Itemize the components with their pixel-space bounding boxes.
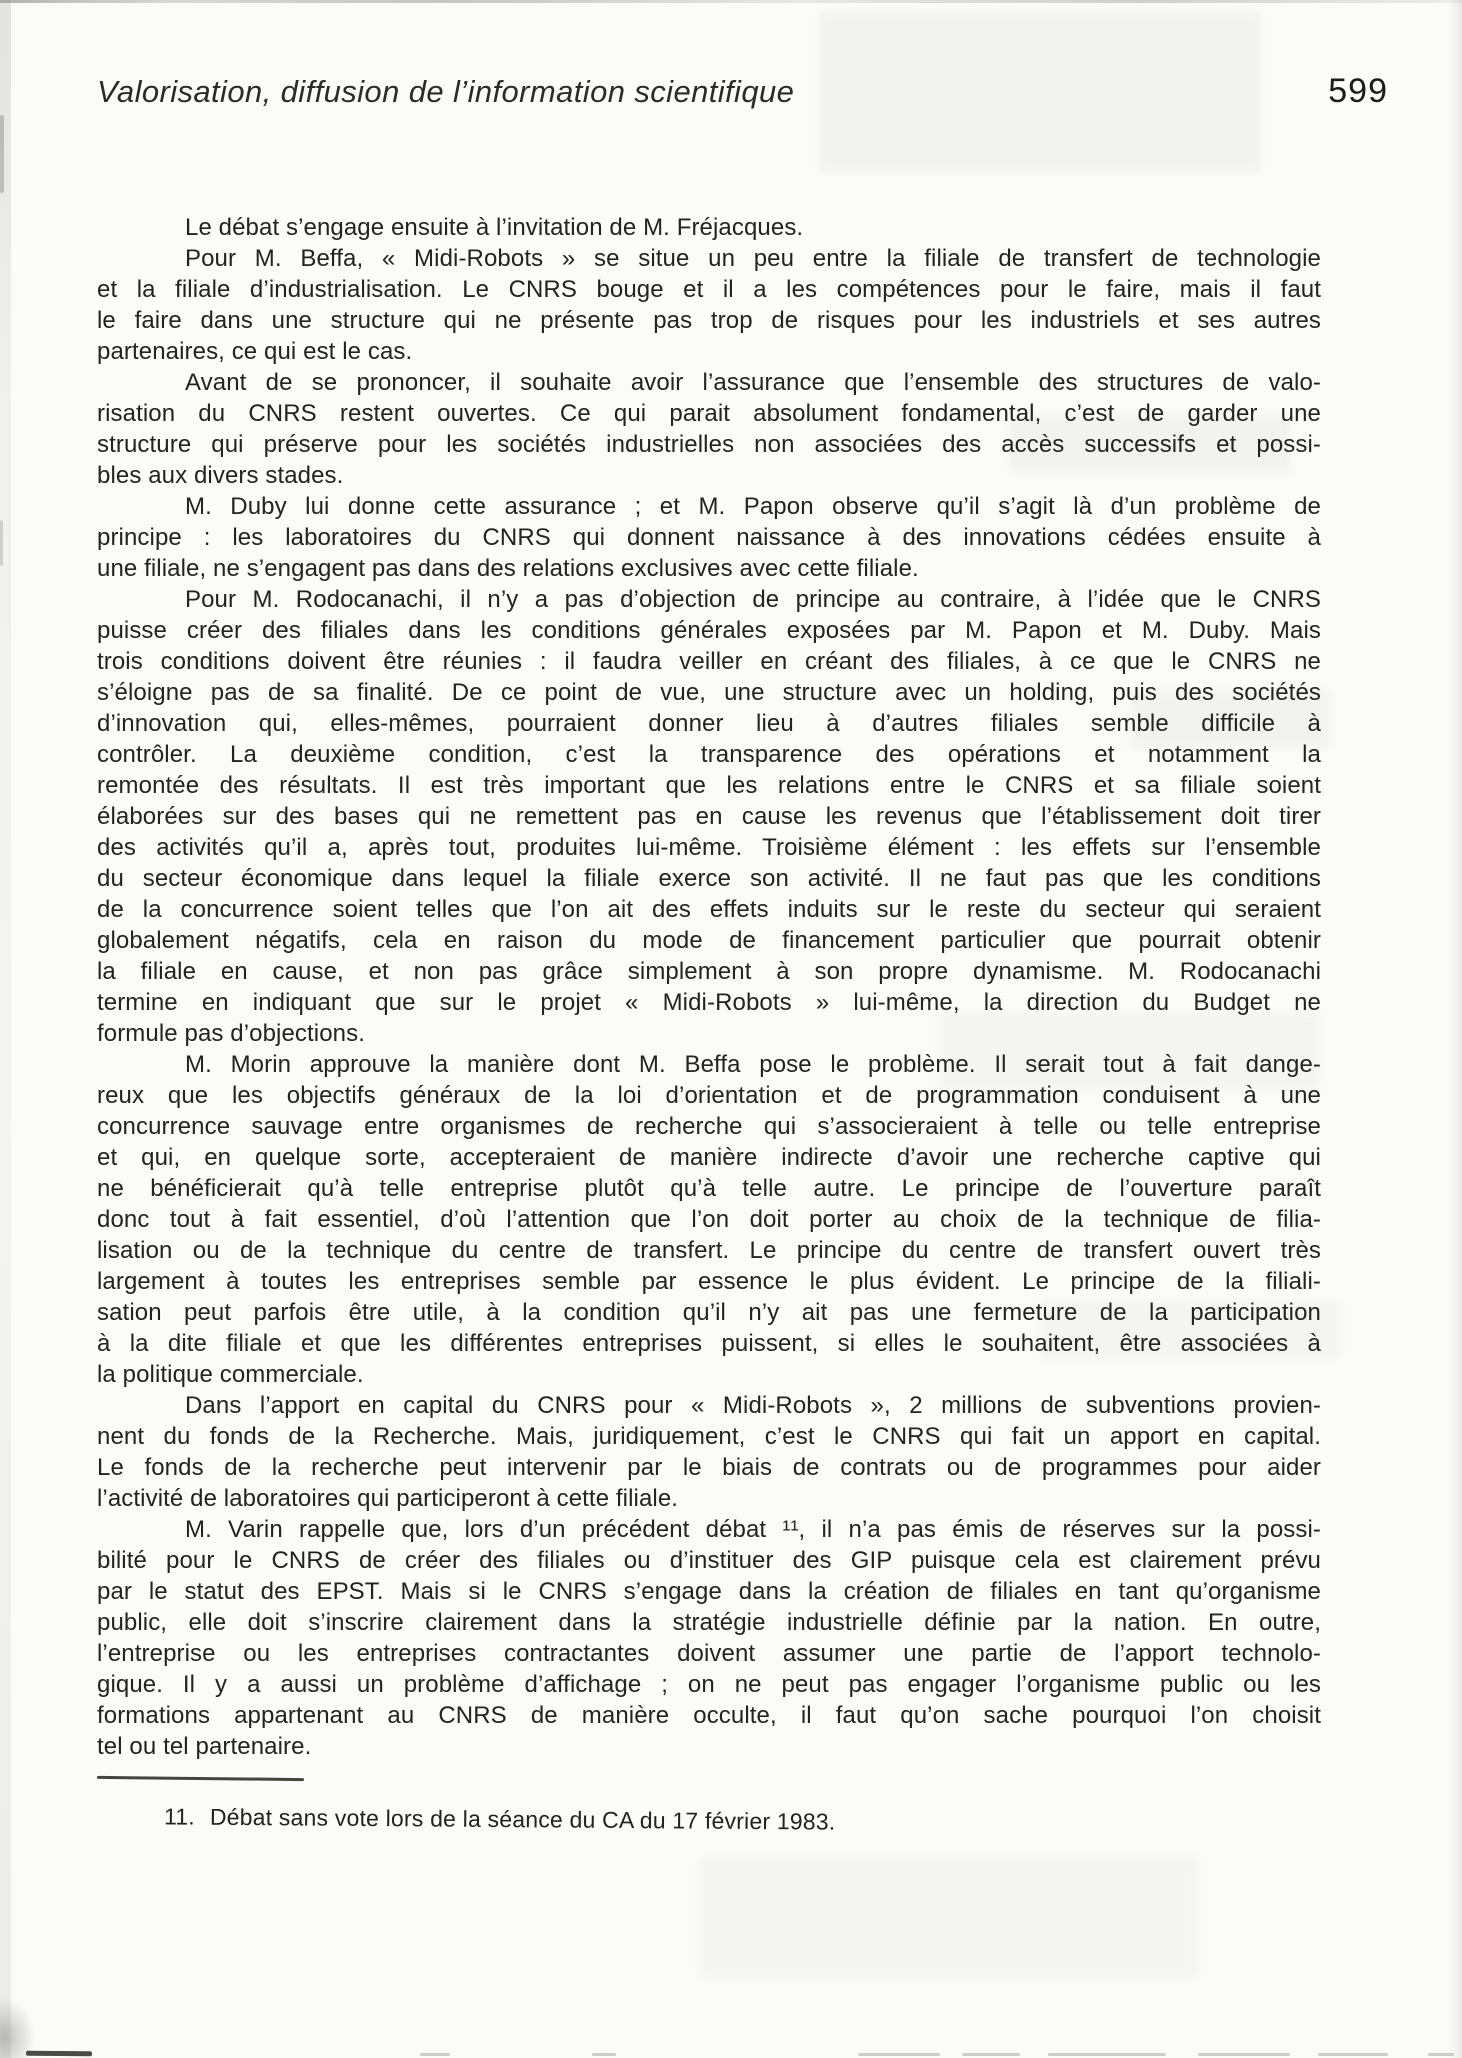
scan-artifact-right-edge [1449, 0, 1462, 2058]
text-line: Pour M. Beffa, « Midi-Robots » se situe … [97, 243, 1321, 274]
text-line: M. Duby lui donne cette assurance ; et M… [97, 491, 1321, 522]
scan-artifact [0, 520, 3, 566]
text-line: l’entreprise ou les entreprises contract… [97, 1638, 1321, 1669]
scan-bleedthrough [700, 1858, 1200, 1978]
text-line: Le débat s’engage ensuite à l’invitation… [97, 212, 1321, 243]
text-line: à la dite filiale et que les différentes… [97, 1328, 1321, 1359]
text-line: trois conditions doivent être réunies : … [97, 646, 1321, 677]
scan-artifact-left-edge [0, 0, 11, 2058]
text-line: ne bénéficierait qu’à telle entreprise p… [97, 1173, 1321, 1204]
text-line: de la concurrence soient telles que l’on… [97, 894, 1321, 925]
paragraph: Pour M. Rodocanachi, il n’y a pas d’obje… [97, 584, 1321, 1049]
paragraph: M. Duby lui donne cette assurance ; et M… [97, 491, 1321, 584]
text-line: l’activité de laboratoires qui participe… [97, 1483, 1321, 1514]
running-title: Valorisation, diffusion de l’information… [97, 74, 794, 110]
text-line: Avant de se prononcer, il souhaite avoir… [97, 367, 1321, 398]
text-line: sation peut parfois être utile, à la con… [97, 1297, 1321, 1328]
page-number: 599 [1328, 72, 1388, 111]
text-line: largement à toutes les entreprises sembl… [97, 1266, 1321, 1297]
paragraph: Le débat s’engage ensuite à l’invitation… [97, 212, 1321, 243]
footnote-text: Débat sans vote lors de la séance du CA … [210, 1804, 836, 1836]
text-line: la politique commerciale. [97, 1359, 1321, 1390]
scan-artifact [1318, 2053, 1388, 2056]
text-line: reux que les objectifs généraux de la lo… [97, 1080, 1321, 1111]
scan-artifact [1428, 2053, 1454, 2056]
text-line: risation du CNRS restent ouvertes. Ce qu… [97, 398, 1321, 429]
text-line: élaborées sur des bases qui ne remettent… [97, 801, 1321, 832]
text-line: formule pas d’objections. [97, 1018, 1321, 1049]
paragraph: M. Varin rappelle que, lors d’un précéde… [97, 1514, 1321, 1762]
text-line: Le fonds de la recherche peut intervenir… [97, 1452, 1321, 1483]
body-text: Le débat s’engage ensuite à l’invitation… [97, 212, 1321, 1762]
text-line: une filiale, ne s’engagent pas dans des … [97, 553, 1321, 584]
running-head: Valorisation, diffusion de l’information… [97, 72, 1388, 111]
text-line: puisse créer des filiales dans les condi… [97, 615, 1321, 646]
text-line: public, elle doit s’inscrire clairement … [97, 1607, 1321, 1638]
text-line: Dans l’apport en capital du CNRS pour « … [97, 1390, 1321, 1421]
text-line: bles aux divers stades. [97, 460, 1321, 491]
text-line: formations appartenant au CNRS de manièr… [97, 1700, 1321, 1731]
text-line: gique. Il y a aussi un problème d’affich… [97, 1669, 1321, 1700]
text-line: contrôler. La deuxième condition, c’est … [97, 739, 1321, 770]
text-line: le faire dans une structure qui ne prése… [97, 305, 1321, 336]
text-line: du secteur économique dans lequel la fil… [97, 863, 1321, 894]
text-line: principe : les laboratoires du CNRS qui … [97, 522, 1321, 553]
text-line: M. Morin approuve la manière dont M. Bef… [97, 1049, 1321, 1080]
text-line: donc tout à fait essentiel, d’où l’atten… [97, 1204, 1321, 1235]
scan-artifact [420, 2053, 450, 2056]
text-line: et qui, en quelque sorte, accepteraient … [97, 1142, 1321, 1173]
text-line: partenaires, ce qui est le cas. [97, 336, 1321, 367]
text-line: concurrence sauvage entre organismes de … [97, 1111, 1321, 1142]
text-line: la filiale en cause, et non pas grâce si… [97, 956, 1321, 987]
text-line: Pour M. Rodocanachi, il n’y a pas d’obje… [97, 584, 1321, 615]
text-line: bilité pour le CNRS de créer des filiale… [97, 1545, 1321, 1576]
text-line: nent du fonds de la Recherche. Mais, jur… [97, 1421, 1321, 1452]
text-line: termine en indiquant que sur le projet «… [97, 987, 1321, 1018]
scanned-page: Valorisation, diffusion de l’information… [0, 0, 1462, 2058]
text-line: par le statut des EPST. Mais si le CNRS … [97, 1576, 1321, 1607]
text-line: globalement négatifs, cela en raison du … [97, 925, 1321, 956]
scan-artifact-bottom-dash [26, 2051, 92, 2056]
scan-artifact [858, 2053, 940, 2056]
scan-artifact-top-edge [0, 0, 1462, 3]
text-line: tel ou tel partenaire. [97, 1731, 1321, 1762]
text-line: lisation ou de la technique du centre de… [97, 1235, 1321, 1266]
text-line: remontée des résultats. Il est très impo… [97, 770, 1321, 801]
footnote: 11. Débat sans vote lors de la séance du… [164, 1803, 836, 1835]
scan-artifact [1198, 2053, 1290, 2056]
text-line: M. Varin rappelle que, lors d’un précéde… [97, 1514, 1321, 1545]
scan-artifact-bottom-left [0, 1998, 36, 2058]
paragraph: M. Morin approuve la manière dont M. Bef… [97, 1049, 1321, 1390]
text-line: s’éloigne pas de sa finalité. De ce poin… [97, 677, 1321, 708]
paragraph: Pour M. Beffa, « Midi-Robots » se situe … [97, 243, 1321, 367]
text-line: des activités qu’il a, après tout, produ… [97, 832, 1321, 863]
scan-artifact [592, 2053, 616, 2056]
paragraph: Dans l’apport en capital du CNRS pour « … [97, 1390, 1321, 1514]
scan-artifact [962, 2053, 1020, 2056]
scan-artifact [1048, 2053, 1166, 2056]
footnote-number: 11. [164, 1803, 195, 1830]
scan-artifact [0, 115, 4, 193]
footnote-rule [97, 1776, 304, 1781]
text-line: structure qui préserve pour les sociétés… [97, 429, 1321, 460]
paragraph: Avant de se prononcer, il souhaite avoir… [97, 367, 1321, 491]
text-line: d’innovation qui, elles-mêmes, pourraien… [97, 708, 1321, 739]
text-line: et la filiale d’industrialisation. Le CN… [97, 274, 1321, 305]
